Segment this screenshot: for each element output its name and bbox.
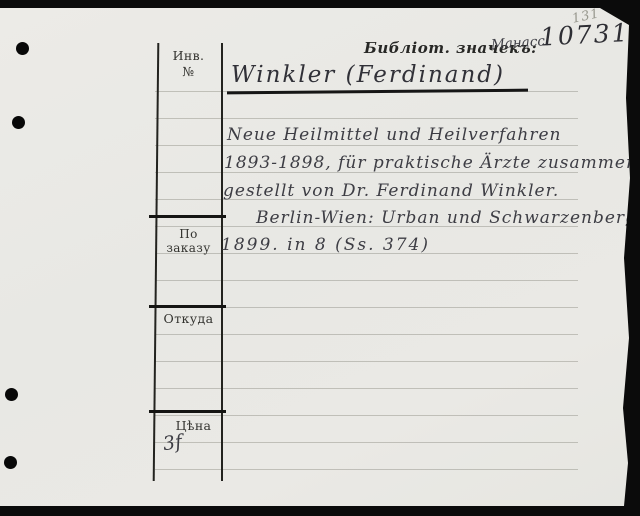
catalog-card: Инв. № По заказу Откуда Цѣна 3f Библіот.… [0,8,634,506]
bibliographic-line: Berlin-Wien: Urban und Schwarzenberg [256,208,637,228]
bibliographic-line: Neue Heilmittel und Heilverfahren [227,125,561,145]
field-label-origin: Откуда [155,311,222,326]
ruled-lines [155,91,578,470]
bibliographic-line: 1899. in 8 (Ss. 374) [221,235,430,255]
punch-hole [16,42,29,55]
field-label-inventory-line1: Инв. [155,48,222,63]
punch-hole [12,116,25,129]
field-label-price: Цѣна [160,418,227,433]
punch-hole [5,388,18,401]
column-divider [149,410,226,413]
field-label-inventory-line2: № [155,64,222,79]
price-value-handwritten: 3f [162,431,184,455]
scanned-catalog-card-page: Инв. № По заказу Откуда Цѣна 3f Библіот.… [0,0,640,516]
column-right-border [221,43,223,481]
column-divider [149,215,226,218]
punch-hole [4,456,17,469]
bibliographic-line: gestellt von Dr. Ferdinand Winkler. [223,181,559,201]
bibliographic-line: 1893-1898, für praktische Ärzte zusammen… [224,153,640,173]
column-divider [149,305,226,308]
card-title-author: Winkler (Ferdinand) [231,62,505,88]
field-label-order: По заказу [155,227,222,255]
